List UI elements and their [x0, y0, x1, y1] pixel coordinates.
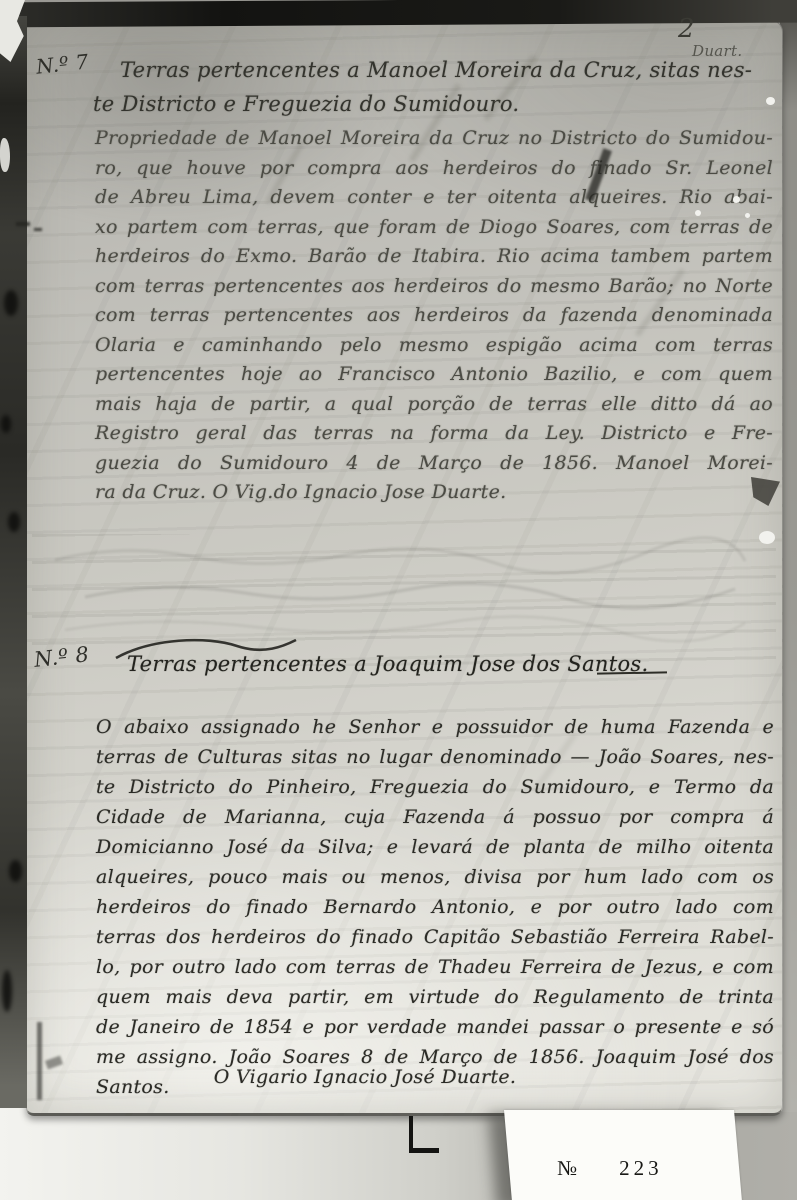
manuscript-line: quem mais deva partir, em virtude do Reg… — [96, 982, 774, 1012]
manuscript-line: alqueires, pouco mais ou menos, divisa p… — [96, 862, 774, 892]
ink-bleed-through — [45, 535, 755, 643]
manuscript-line: lo, por outro lado com terras de Thadeu … — [96, 952, 774, 982]
entry-7-title-line: te Districto e Freguezia do Sumidouro. — [93, 92, 593, 116]
manuscript-line: Cidade de Marianna, cuja Fazenda á possu… — [96, 802, 774, 832]
crop-corner-mark — [409, 1148, 439, 1153]
manuscript-line: te Districto do Pinheiro, Freguezia do S… — [96, 772, 774, 802]
entry-8-body: O abaixo assignado he Senhor e possuidor… — [96, 712, 774, 1102]
manuscript-line: ra da Cruz. O Vig.do Ignacio Jose Duarte… — [95, 478, 773, 508]
torn-paper-fragment — [0, 138, 10, 172]
ink-blot — [1, 415, 11, 433]
manuscript-line: de Abreu Lima, devem conter e ter oitent… — [95, 183, 773, 213]
manuscript-line: guezia do Sumidouro 4 de Março de 1856. … — [95, 449, 773, 479]
vicar-signature: O Vigario Ignacio José Duarte. — [150, 1066, 580, 1088]
manuscript-line: O abaixo assignado he Senhor e possuidor… — [96, 712, 774, 742]
manuscript-line: herdeiros do Exmo. Barão de Itabira. Rio… — [95, 242, 773, 272]
manuscript-line: terras de Culturas sitas no lugar denomi… — [96, 742, 774, 772]
ink-blot — [9, 860, 22, 882]
white-speck — [733, 196, 740, 203]
manuscript-line: Domicianno José da Silva; e levará de pl… — [96, 832, 774, 862]
margin-dash-mark — [34, 228, 42, 231]
archive-number-slip: №223 — [504, 1110, 742, 1200]
manuscript-line: de Janeiro de 1854 e por verdade mandei … — [96, 1012, 774, 1042]
book-binding-edge — [0, 16, 27, 1108]
manuscript-line: com terras pertencentes aos herdeiros da… — [95, 301, 773, 331]
numero-symbol: № — [557, 1156, 577, 1180]
entry-7-body: Propriedade de Manoel Moreira da Cruz no… — [95, 124, 773, 508]
manuscript-line: mais haja de partir, a qual porção de te… — [95, 390, 773, 420]
manuscript-scan: 2 Duart. N.º 7 Terras pertencentes a Man… — [0, 0, 797, 1200]
manuscript-line: ro, que houve por compra aos herdeiros d… — [95, 154, 773, 184]
white-speck — [759, 531, 775, 544]
ink-blot — [8, 512, 20, 532]
manuscript-line: xo partem com terras, que foram de Diogo… — [95, 213, 773, 243]
manuscript-line: pertencentes hoje ao Francisco Antonio B… — [95, 360, 773, 390]
white-speck — [745, 213, 750, 218]
margin-dash-mark — [16, 222, 30, 226]
ink-blot — [4, 290, 18, 316]
manuscript-line: Registro geral das terras na forma da Le… — [95, 419, 773, 449]
white-speck — [766, 97, 775, 105]
manuscript-line: herdeiros do finado Bernardo Antonio, e … — [96, 892, 774, 922]
manuscript-line: Olaria e caminhando pelo mesmo espigão a… — [95, 331, 773, 361]
white-speck — [695, 210, 701, 216]
ink-blot — [37, 1022, 42, 1100]
ink-blot — [2, 970, 12, 1012]
entry-7-title-line: Terras pertencentes a Manoel Moreira da … — [120, 58, 775, 82]
manuscript-line: terras dos herdeiros do finado Capitão S… — [96, 922, 774, 952]
slip-number: 223 — [619, 1156, 663, 1180]
crop-corner-mark — [409, 1116, 413, 1152]
page-number: 2 — [678, 14, 695, 44]
